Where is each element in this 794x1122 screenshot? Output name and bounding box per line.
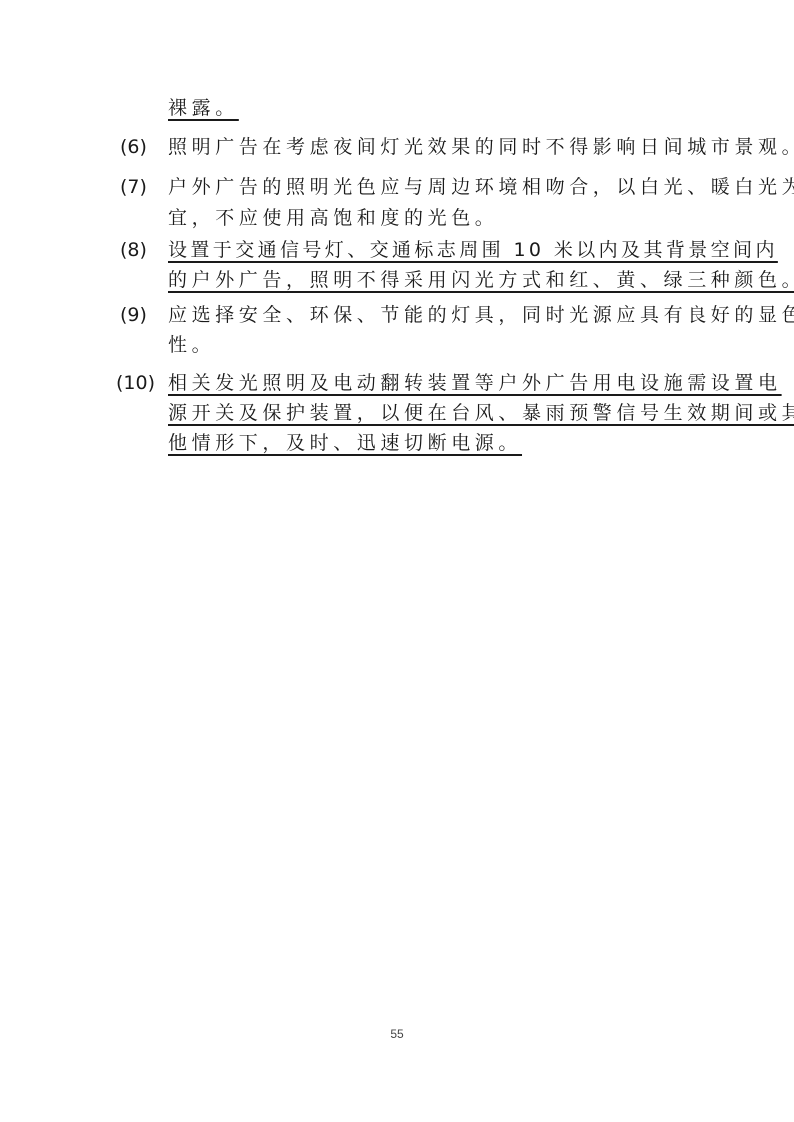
- page-number: 55: [0, 1027, 794, 1041]
- item-number-7: (7): [120, 175, 147, 199]
- item-8-line-2: 的户外广告，照明不得采用闪光方式和红、黄、绿三种颜色。: [168, 268, 794, 292]
- item-number-6: (6): [120, 135, 147, 159]
- item-10-line-3: 他情形下，及时、迅速切断电源。: [168, 431, 522, 455]
- item-9-line-2: 性。: [168, 333, 215, 357]
- item-9-line-1: 应选择安全、环保、节能的灯具，同时光源应具有良好的显色: [168, 303, 794, 327]
- item-10-line-1: 相关发光照明及电动翻转装置等户外广告用电设施需设置电: [168, 371, 782, 395]
- item-8-line-1: 设置于交通信号灯、交通标志周围 10 米以内及其背景空间内: [168, 238, 778, 262]
- item-6-line-1: 照明广告在考虑夜间灯光效果的同时不得影响日间城市景观。: [168, 135, 794, 159]
- item-number-8: (8): [120, 238, 147, 262]
- item-number-10: (10): [116, 371, 155, 395]
- item-number-9: (9): [120, 303, 147, 327]
- document-page: 裸露。 (6) 照明广告在考虑夜间灯光效果的同时不得影响日间城市景观。 (7) …: [0, 0, 794, 1122]
- item-10-line-2: 源开关及保护装置，以便在台风、暴雨预警信号生效期间或其: [168, 401, 794, 425]
- continuation-text: 裸露。: [168, 96, 239, 120]
- item-7-line-1: 户外广告的照明光色应与周边环境相吻合，以白光、暖白光为: [168, 175, 794, 199]
- item-7-line-2: 宜，不应使用高饱和度的光色。: [168, 206, 498, 230]
